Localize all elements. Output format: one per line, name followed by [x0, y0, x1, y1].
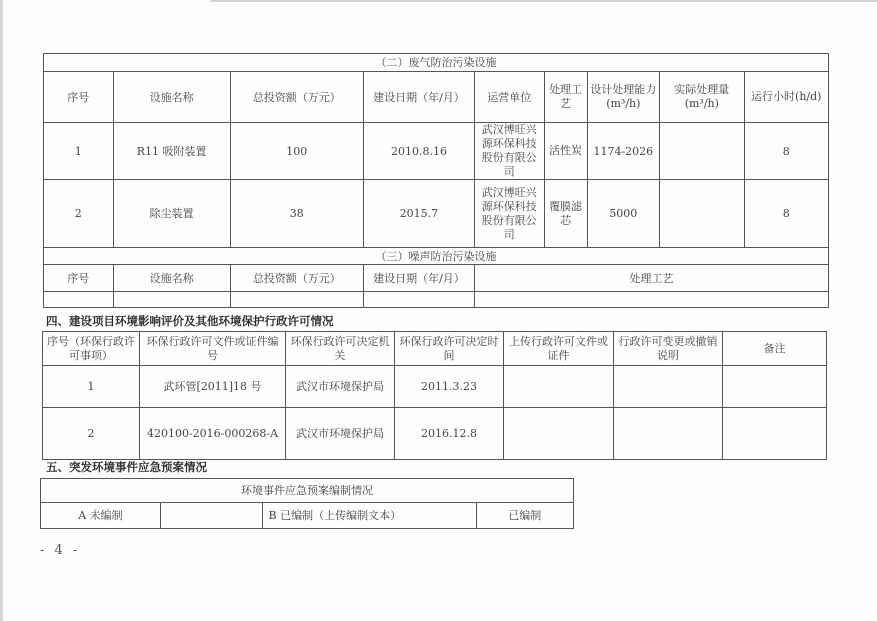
cell-build-date: 2015.7 — [363, 180, 474, 248]
noise-section-title: （三）噪声防治污染设施 — [44, 248, 829, 265]
cell-run-hours: 8 — [744, 123, 828, 180]
table-row: 1 R11 吸附装置 100 2010.8.16 武汉博旺兴源环保科技股份有限公… — [44, 123, 829, 180]
permit-cell-doc-no: 武环管[2011]18 号 — [140, 366, 286, 408]
header-investment: 总投资额（万元） — [230, 72, 363, 123]
header-actual-volume: 实际处理量(m³/h) — [660, 72, 744, 123]
cell-facility-name: 除尘装置 — [113, 180, 230, 248]
cell-process: 覆膜滤芯 — [544, 180, 587, 248]
header-build-date: 建设日期（年/月） — [363, 72, 474, 123]
permit-header-date: 环保行政许可决定时间 — [395, 332, 504, 366]
noise-header-investment: 总投资额（万元） — [230, 265, 363, 292]
cell-design-capacity: 5000 — [587, 180, 660, 248]
noise-cell-build-date — [363, 292, 474, 308]
permit-header-doc-no: 环保行政许可文件或证件编号 — [140, 332, 286, 366]
table-row: 1 武环管[2011]18 号 武汉市环境保护局 2011.3.23 — [43, 366, 827, 408]
noise-cell-facility-name — [113, 292, 230, 308]
permit-cell-upload — [504, 408, 614, 460]
cell-actual-volume — [660, 180, 744, 248]
scan-top-line — [210, 0, 877, 2]
permit-cell-change — [614, 366, 723, 408]
permit-cell-date: 2016.12.8 — [395, 408, 504, 460]
noise-header-build-date: 建设日期（年/月） — [363, 265, 474, 292]
permit-header-remark: 备注 — [723, 332, 827, 366]
permit-cell-remark — [723, 408, 827, 460]
table-row: 2 除尘装置 38 2015.7 武汉博旺兴源环保科技股份有限公司 覆膜滤芯 5… — [44, 180, 829, 248]
header-seq: 序号 — [44, 72, 114, 123]
cell-operator: 武汉博旺兴源环保科技股份有限公司 — [474, 180, 544, 248]
permit-cell-seq: 1 — [43, 366, 140, 408]
cell-run-hours: 8 — [744, 180, 828, 248]
header-design-capacity: 设计处理能力(m³/h) — [587, 72, 660, 123]
cell-operator: 武汉博旺兴源环保科技股份有限公司 — [474, 123, 544, 180]
scan-edge — [0, 0, 3, 621]
noise-cell-process — [474, 292, 828, 308]
waste-gas-section-title: （二）废气防治污染设施 — [44, 54, 829, 72]
permit-header-seq: 序号（环保行政许可事项） — [43, 332, 140, 366]
option-a-value — [160, 503, 262, 529]
permit-cell-date: 2011.3.23 — [395, 366, 504, 408]
noise-header-seq: 序号 — [44, 265, 114, 292]
noise-cell-seq — [44, 292, 114, 308]
cell-actual-volume — [660, 123, 744, 180]
header-facility-name: 设施名称 — [113, 72, 230, 123]
emergency-plan-table: 环境事件应急预案编制情况 A 未编制 B 已编制（上传编制文本） 已编制 — [40, 478, 574, 529]
permit-cell-remark — [723, 366, 827, 408]
cell-seq: 1 — [44, 123, 114, 180]
cell-build-date: 2010.8.16 — [363, 123, 474, 180]
header-operator: 运营单位 — [474, 72, 544, 123]
table-row: 2 420100-2016-000268-A 武汉市环境保护局 2016.12.… — [43, 408, 827, 460]
permit-cell-authority: 武汉市环境保护局 — [286, 366, 395, 408]
permit-header-upload: 上传行政许可文件或证件 — [504, 332, 614, 366]
permit-cell-doc-no: 420100-2016-000268-A — [140, 408, 286, 460]
cell-process: 活性炭 — [544, 123, 587, 180]
section5-heading: 五、突发环境事件应急预案情况 — [46, 459, 207, 475]
cell-facility-name: R11 吸附装置 — [113, 123, 230, 180]
header-run-hours: 运行小时(h/d) — [744, 72, 828, 123]
option-b-value: 已编制 — [476, 503, 573, 529]
header-process: 处理工艺 — [544, 72, 587, 123]
emergency-plan-title: 环境事件应急预案编制情况 — [41, 479, 574, 503]
option-a-label: A 未编制 — [41, 503, 161, 529]
waste-gas-noise-table: （二）废气防治污染设施 序号 设施名称 总投资额（万元） 建设日期（年/月） 运… — [43, 53, 829, 308]
cell-seq: 2 — [44, 180, 114, 248]
permit-cell-upload — [504, 366, 614, 408]
permit-cell-change — [614, 408, 723, 460]
cell-investment: 38 — [230, 180, 363, 248]
noise-cell-investment — [230, 292, 363, 308]
permit-table: 序号（环保行政许可事项） 环保行政许可文件或证件编号 环保行政许可决定机关 环保… — [42, 331, 827, 460]
option-b-label: B 已编制（上传编制文本） — [262, 503, 476, 529]
permit-cell-seq: 2 — [43, 408, 140, 460]
cell-design-capacity: 1174-2026 — [587, 123, 660, 180]
permit-cell-authority: 武汉市环境保护局 — [286, 408, 395, 460]
cell-investment: 100 — [230, 123, 363, 180]
section4-heading: 四、建设项目环境影响评价及其他环境保护行政许可情况 — [46, 313, 334, 329]
noise-header-facility-name: 设施名称 — [113, 265, 230, 292]
page-number: - 4 - — [40, 543, 80, 558]
noise-header-process: 处理工艺 — [474, 265, 828, 292]
permit-header-change: 行政许可变更或撤销说明 — [614, 332, 723, 366]
table-row — [44, 292, 829, 308]
permit-header-authority: 环保行政许可决定机关 — [286, 332, 395, 366]
